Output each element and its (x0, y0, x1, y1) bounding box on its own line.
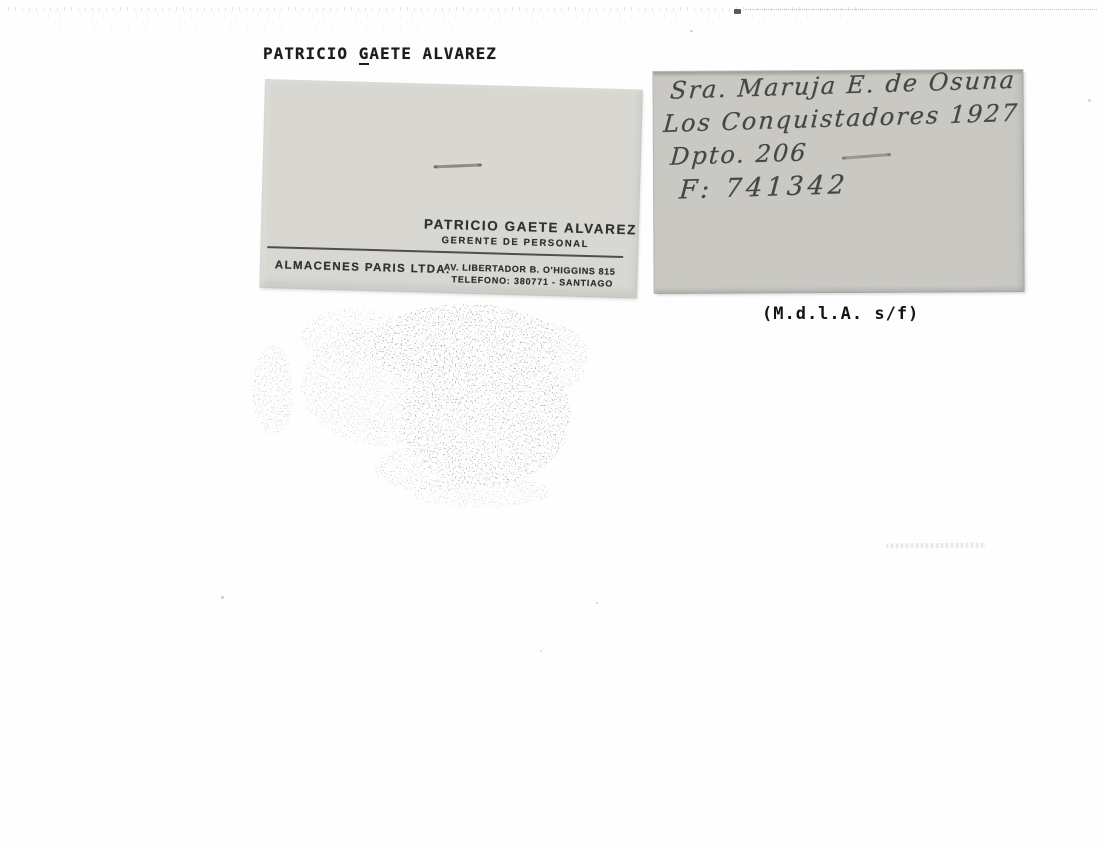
typed-header-underlined-letter: G (359, 44, 370, 65)
stray-dot (1088, 99, 1091, 102)
scanned-page: PATRICIO GAETE ALVAREZ PATRICIO GAETE AL… (0, 0, 1100, 850)
business-card-phone: TELEFONO: 380771 - SANTIAGO (451, 274, 613, 289)
business-card-company: ALMACENES PARIS LTDA. (275, 259, 451, 276)
business-card-title: GERENTE DE PERSONAL (441, 235, 589, 250)
business-card: PATRICIO GAETE ALVAREZ GERENTE DE PERSON… (260, 80, 642, 297)
typed-header-part1: PATRICIO (263, 44, 359, 63)
scan-edge-mark (734, 9, 741, 14)
scan-noise-strip (60, 25, 460, 28)
business-card-name: PATRICIO GAETE ALVAREZ (424, 216, 637, 237)
typed-header-part2: AETE ALVAREZ (369, 44, 497, 63)
typed-header: PATRICIO GAETE ALVAREZ (263, 44, 497, 63)
typed-caption: (M.d.l.A. s/f) (762, 304, 919, 324)
staple-mark (434, 163, 482, 168)
stray-dot (596, 602, 598, 604)
toner-smudge (246, 296, 591, 508)
stray-dot (690, 30, 693, 32)
stray-dot (540, 650, 542, 652)
handwritten-text-block: Sra. Maruja E. de Osuna Los Conquistador… (661, 66, 1021, 209)
faint-smear-mark (886, 543, 986, 549)
scan-noise-strip (26, 15, 846, 18)
stray-dot (221, 596, 224, 599)
handwritten-card: Sra. Maruja E. de Osuna Los Conquistador… (653, 70, 1023, 293)
scan-edge-dotted-line (745, 9, 1097, 10)
